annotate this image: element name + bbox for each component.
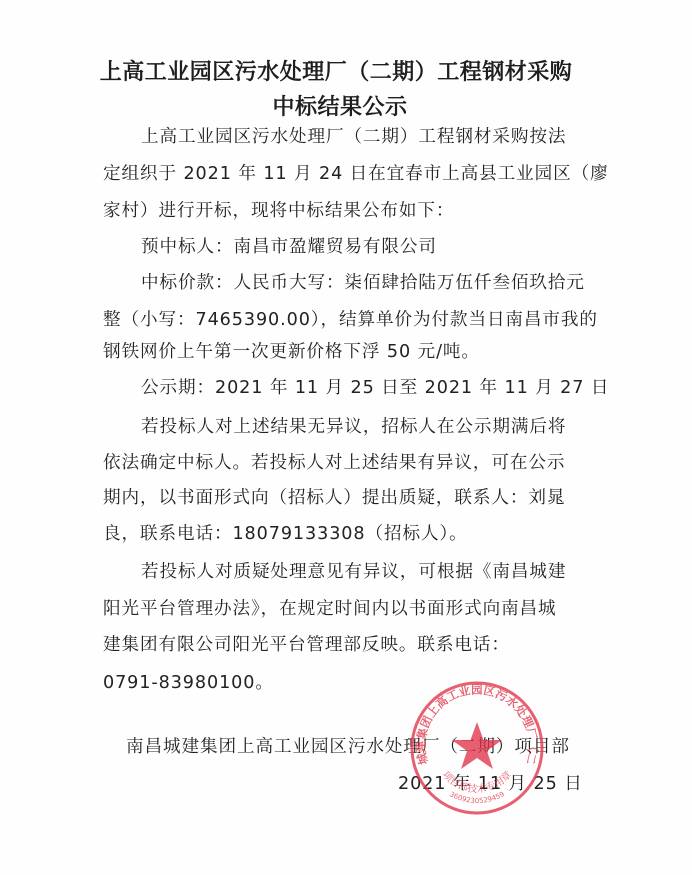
- document-page: 上高工业园区污水处理厂（二期）工程钢材采购 中标结果公示 上高工业园区污水处理厂…: [0, 0, 692, 875]
- bid-amount-line-2: 整（小写：7465390.00），结算单价为付款当日南昌市我的: [103, 308, 573, 332]
- appeal-paragraph-line-1: 若投标人对质疑处理意见有异议，可根据《南昌城建: [141, 560, 573, 584]
- objection-paragraph-line-4: 良，联系电话：18079133308（招标人）。: [103, 522, 573, 546]
- objection-paragraph-line-1: 若投标人对上述结果无异议，招标人在公示期满后将: [141, 415, 573, 439]
- appeal-paragraph-line-2: 阳光平台管理办法》，在规定时间内以书面形式向南昌城: [103, 597, 573, 621]
- paragraph-intro-line-3: 家村）进行开标，现将中标结果公布如下：: [103, 199, 573, 223]
- bid-amount-line-1: 中标价款：人民币大写：柒佰肆拾陆万伍仟叁佰玖拾元: [141, 271, 573, 295]
- objection-paragraph-line-3: 期内，以书面形式向（招标人）提出质疑，联系人：刘晁: [103, 486, 573, 510]
- document-subtitle: 中标结果公示: [0, 90, 686, 121]
- objection-paragraph-line-2: 依法确定中标人。若投标人对上述结果有异议，可在公示: [103, 451, 573, 475]
- paragraph-intro-line-1: 上高工业园区污水处理厂（二期）工程钢材采购按法: [141, 125, 573, 149]
- signature-date: 2021 年 11 月 25 日: [398, 772, 583, 796]
- publicity-period-line: 公示期：2021 年 11 月 25 日至 2021 年 11 月 27 日: [141, 376, 573, 400]
- bid-amount-line-3: 钢铁网价上午第一次更新价格下浮 50 元/吨。: [103, 340, 573, 364]
- paragraph-intro-line-2: 定组织于 2021 年 11 月 24 日在宜春市上高县工业园区（廖: [103, 162, 573, 186]
- winning-bidder-line: 预中标人：南昌市盈耀贸易有限公司: [141, 235, 573, 259]
- appeal-paragraph-line-4: 0791-83980100。: [103, 671, 573, 695]
- signature-organization: 南昌城建集团上高工业园区污水处理厂（二期）项目部: [126, 735, 570, 759]
- appeal-paragraph-line-3: 建集团有限公司阳光平台管理部反映。联系电话：: [103, 633, 573, 657]
- document-title: 上高工业园区污水处理厂（二期）工程钢材采购: [0, 55, 682, 86]
